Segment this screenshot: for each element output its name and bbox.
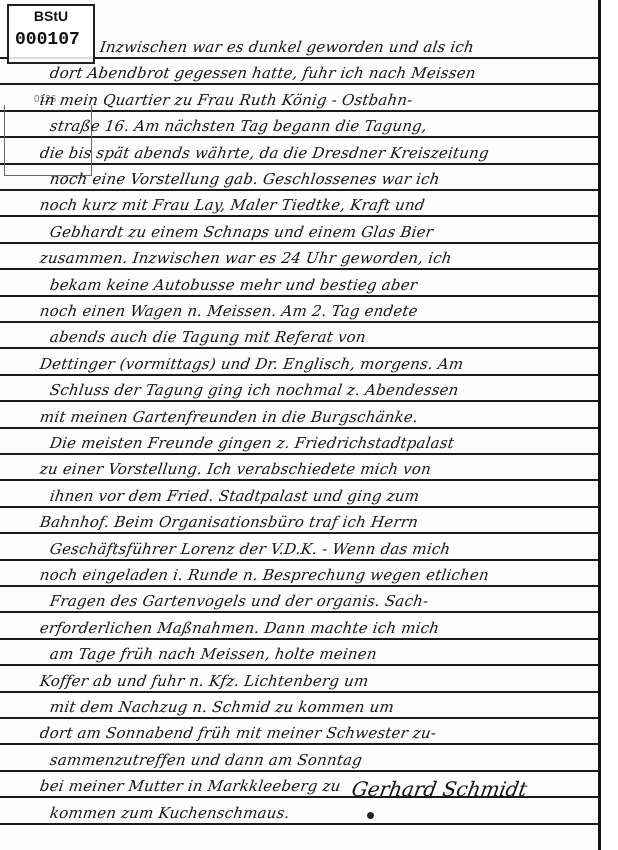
ruled-line bbox=[0, 189, 600, 191]
archive-stamp-number: 000107 bbox=[15, 30, 80, 50]
handwritten-line: Geschäftsführer Lorenz der V.D.K. - Wenn… bbox=[49, 540, 618, 558]
ruled-line bbox=[0, 242, 600, 244]
ruled-line bbox=[0, 638, 600, 640]
handwritten-line: Die meisten Freunde gingen z. Friedrichs… bbox=[49, 434, 618, 452]
archive-stamp: BStU 000107 bbox=[7, 4, 95, 64]
ruled-line bbox=[0, 532, 600, 534]
handwritten-line: mit dem Nachzug n. Schmid zu kommen um bbox=[49, 698, 618, 716]
ruled-line bbox=[0, 374, 600, 376]
ruled-line bbox=[0, 585, 600, 587]
ruled-line bbox=[0, 479, 600, 481]
ruled-line bbox=[0, 268, 600, 270]
ruled-line bbox=[0, 427, 600, 429]
handwritten-line: Inzwischen war es dunkel geworden und al… bbox=[99, 38, 618, 56]
handwritten-line: erforderlichen Maßnahmen. Dann machte ic… bbox=[39, 619, 612, 637]
handwritten-line: noch kurz mit Frau Lay, Maler Tiedtke, K… bbox=[39, 196, 612, 214]
handwritten-line: zusammen. Inzwischen war es 24 Uhr gewor… bbox=[39, 249, 612, 267]
handwritten-line: Fragen des Gartenvogels und der organis.… bbox=[49, 592, 618, 610]
handwritten-line: Bahnhof. Beim Organisationsbüro traf ich… bbox=[39, 513, 612, 531]
ghost-stamp-frame bbox=[4, 105, 92, 176]
ruled-line bbox=[0, 506, 600, 508]
handwritten-line: die bis spät abends währte, da die Dresd… bbox=[39, 144, 612, 162]
handwritten-line: dort am Sonnabend früh mit meiner Schwes… bbox=[39, 724, 612, 742]
handwritten-line: mit meinen Gartenfreunden in die Burgsch… bbox=[39, 408, 612, 426]
ink-dot bbox=[367, 812, 374, 819]
ruled-line bbox=[0, 400, 600, 402]
ruled-line bbox=[0, 664, 600, 666]
handwritten-line: Gebhardt zu einem Schnaps und einem Glas… bbox=[49, 223, 618, 241]
handwritten-line: Schluss der Tagung ging ich nochmal z. A… bbox=[49, 381, 618, 399]
signature: Gerhard Schmidt bbox=[350, 777, 529, 801]
ruled-line bbox=[0, 717, 600, 719]
ruled-line bbox=[0, 823, 600, 825]
handwritten-line: dort Abendbrot gegessen hatte, fuhr ich … bbox=[49, 64, 618, 82]
handwritten-line: noch eingeladen i. Runde n. Besprechung … bbox=[39, 566, 612, 584]
ruled-line bbox=[0, 770, 600, 772]
handwritten-line: sammenzutreffen und dann am Sonntag bbox=[49, 751, 618, 769]
handwritten-line: straße 16. Am nächsten Tag begann die Ta… bbox=[49, 117, 618, 135]
document-page: BStU 000107 0126 Inzwischen war es dunke… bbox=[0, 0, 618, 850]
handwritten-line: abends auch die Tagung mit Referat von bbox=[49, 328, 618, 346]
ruled-line bbox=[0, 321, 600, 323]
handwritten-line: noch eine Vorstellung gab. Geschlossenes… bbox=[49, 170, 618, 188]
archive-stamp-label: BStU bbox=[9, 8, 93, 24]
handwritten-line: Dettinger (vormittags) und Dr. Englisch,… bbox=[39, 355, 612, 373]
scan-margin bbox=[601, 0, 618, 850]
handwritten-line: am Tage früh nach Meissen, holte meinen bbox=[49, 645, 618, 663]
ruled-line bbox=[0, 295, 600, 297]
handwritten-line: bekam keine Autobusse mehr und bestieg a… bbox=[49, 276, 618, 294]
handwritten-line: ihnen vor dem Fried. Stadtpalast und gin… bbox=[49, 487, 618, 505]
ruled-line bbox=[0, 559, 600, 561]
ruled-line bbox=[0, 691, 600, 693]
handwritten-line: in mein Quartier zu Frau Ruth König - Os… bbox=[39, 91, 612, 109]
handwritten-line: kommen zum Kuchenschmaus. bbox=[49, 804, 618, 822]
ruled-line bbox=[0, 347, 600, 349]
handwritten-line: zu einer Vorstellung. Ich verabschiedete… bbox=[39, 460, 612, 478]
handwritten-line: noch einen Wagen n. Meissen. Am 2. Tag e… bbox=[39, 302, 612, 320]
ruled-line bbox=[0, 611, 600, 613]
ruled-line bbox=[0, 215, 600, 217]
ruled-line bbox=[0, 83, 600, 85]
handwritten-line: Koffer ab und fuhr n. Kfz. Lichtenberg u… bbox=[39, 672, 612, 690]
ruled-line bbox=[0, 453, 600, 455]
ruled-line bbox=[0, 743, 600, 745]
